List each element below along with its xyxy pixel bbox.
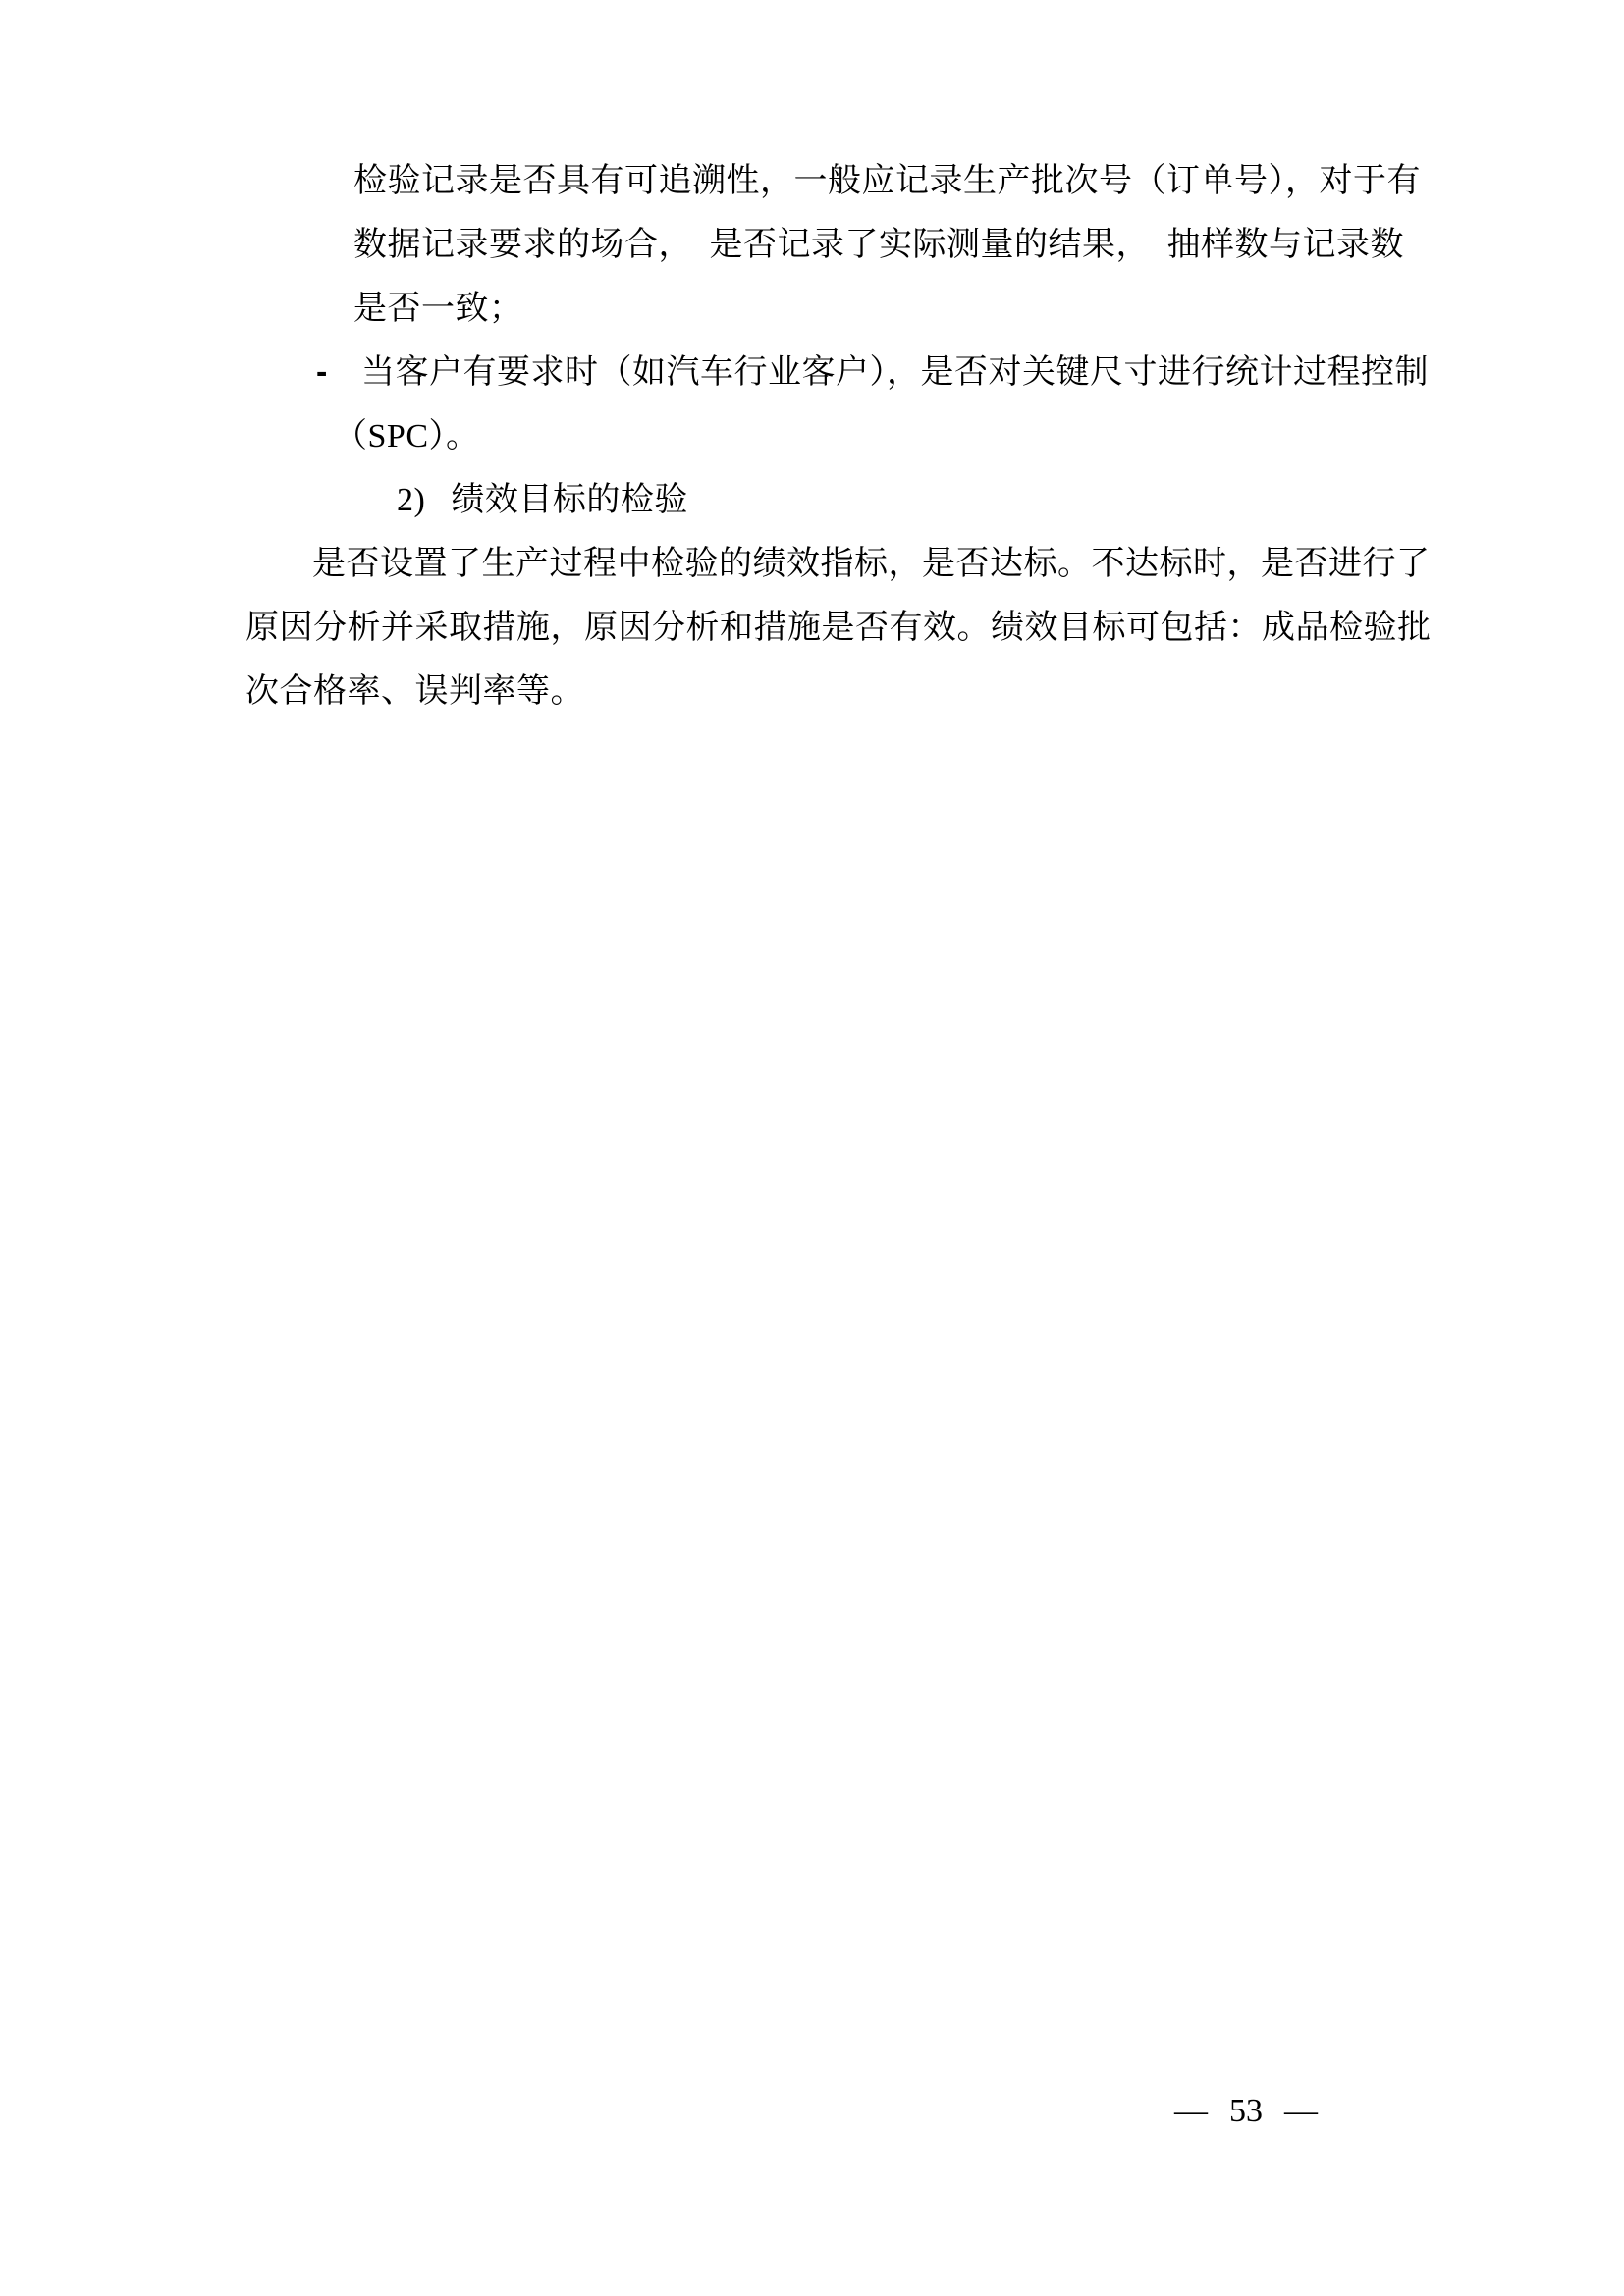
bullet-dash-marker: - xyxy=(316,341,328,404)
paragraph-line: 数据记录要求的场合， 是否记录了实际测量的结果， 抽样数与记录数 xyxy=(353,213,1404,277)
section-heading: 2)绩效目标的检验 xyxy=(397,468,688,532)
paragraph-line: 是否设置了生产过程中检验的绩效指标，是否达标。不达标时，是否进行了 xyxy=(312,532,1431,596)
footer-left-dash: — xyxy=(1174,2079,1208,2143)
footer-right-dash: — xyxy=(1284,2079,1318,2143)
bullet-item-line: （SPC）。 xyxy=(334,404,480,468)
bullet-item-line: 当客户有要求时（如汽车行业客户），是否对关键尺寸进行统计过程控制 xyxy=(361,341,1429,404)
paragraph-line: 是否一致； xyxy=(353,277,523,341)
document-page: 检验记录是否具有可追溯性，一般应记录生产批次号（订单号），对于有 数据记录要求的… xyxy=(0,0,1624,2296)
page-footer: — 53 — xyxy=(1174,2079,1318,2143)
page-number: 53 xyxy=(1229,2079,1263,2143)
section-heading-title: 绩效目标的检验 xyxy=(451,482,688,518)
paragraph-line: 次合格率、误判率等。 xyxy=(245,660,584,723)
paragraph-line: 原因分析并采取措施，原因分析和措施是否有效。绩效目标可包括：成品检验批 xyxy=(245,596,1432,660)
section-heading-number: 2) xyxy=(397,482,425,518)
paragraph-line: 检验记录是否具有可追溯性，一般应记录生产批次号（订单号），对于有 xyxy=(353,149,1421,213)
